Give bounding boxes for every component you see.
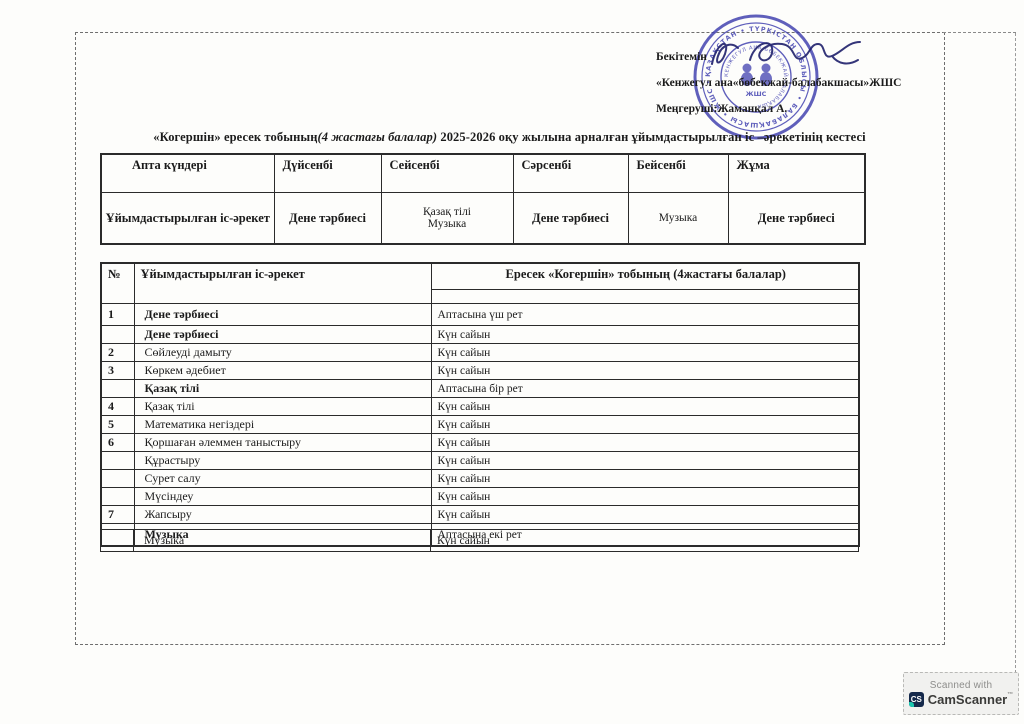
table-row: Музыка Күн сайын xyxy=(101,530,859,552)
row-num: 3 xyxy=(101,362,134,380)
row-num xyxy=(101,452,134,470)
activity-monday: Дене тәрбиесі xyxy=(274,193,381,245)
col-header-wednesday: Сәрсенбі xyxy=(513,154,628,193)
table-row: Дене тәрбиесі Күн сайын xyxy=(101,326,859,344)
row-frequency: Аптасына үш рет xyxy=(431,304,859,326)
camscanner-brand-label: CamScanner™ xyxy=(928,692,1013,707)
row-frequency: Күн сайын xyxy=(431,488,859,506)
activity-row-label: Ұйымдастырылған іс-әрекет xyxy=(101,193,274,245)
row-activity: Математика негіздері xyxy=(134,416,431,434)
activity-table-last-row: Музыка Күн сайын xyxy=(100,529,859,552)
scan-edge-line-top xyxy=(943,32,1016,33)
manager-name: Меңгеруші:Жаманқал А. xyxy=(656,96,956,122)
table-row: Құрастыру Күн сайын xyxy=(101,452,859,470)
row-frequency: Күн сайын xyxy=(431,506,859,524)
trademark-symbol: ™ xyxy=(1007,692,1013,698)
row-activity: Жапсыру xyxy=(134,506,431,524)
row-frequency: Күн сайын xyxy=(431,452,859,470)
row-frequency: Күн сайын xyxy=(431,416,859,434)
weekly-schedule-table: Апта күндері Дүйсенбі Сейсенбі Сәрсенбі … xyxy=(100,153,866,245)
table-row: Ұйымдастырылған іс-әрекет Дене тәрбиесі … xyxy=(101,193,865,245)
row-frequency: Күн сайын xyxy=(431,470,859,488)
activity-tuesday: Қазақ тілі Музыка xyxy=(381,193,513,245)
camscanner-brand-row: CS CamScanner™ xyxy=(909,692,1013,707)
row-num xyxy=(101,530,134,552)
row-frequency: Аптасына бір рет xyxy=(431,380,859,398)
table-row: Сурет салу Күн сайын xyxy=(101,470,859,488)
table-row: 4 Қазақ тілі Күн сайын xyxy=(101,398,859,416)
row-num: 6 xyxy=(101,434,134,452)
col-header-thursday: Бейсенбі xyxy=(628,154,728,193)
table-row: 3 Көркем әдебиет Күн сайын xyxy=(101,362,859,380)
table-row: 1 Дене тәрбиесі Аптасына үш рет xyxy=(101,304,859,326)
header-num: № xyxy=(101,263,134,304)
row-frequency: Күн сайын xyxy=(431,344,859,362)
activity-friday: Дене тәрбиесі xyxy=(728,193,865,245)
header-group-empty-cell xyxy=(431,290,859,304)
table-row: 7 Жапсыру Күн сайын xyxy=(101,506,859,524)
row-frequency: Күн сайын xyxy=(431,434,859,452)
activity-tuesday-line1: Қазақ тілі xyxy=(384,206,511,218)
row-num: 7 xyxy=(101,506,134,524)
row-num: 5 xyxy=(101,416,134,434)
organization-name: «Кенжегул ана«бөбекжай-балабакшасы»ЖШС xyxy=(656,70,956,96)
row-num: 1 xyxy=(101,304,134,326)
col-header-friday: Жұма xyxy=(728,154,865,193)
row-activity: Музыка xyxy=(134,530,431,552)
camscanner-logo-icon: CS xyxy=(909,692,924,707)
activity-tuesday-line2: Музыка xyxy=(384,218,511,230)
table-row: № Ұйымдастырылған іс-әрекет Ересек «Коге… xyxy=(101,263,859,290)
scanned-with-label: Scanned with xyxy=(930,680,992,691)
row-activity: Сөйлеуді дамыту xyxy=(134,344,431,362)
table-row: Қазақ тілі Аптасына бір рет xyxy=(101,380,859,398)
row-num: 4 xyxy=(101,398,134,416)
header-activity: Ұйымдастырылған іс-әрекет xyxy=(134,263,431,304)
col-header-monday: Дүйсенбі xyxy=(274,154,381,193)
title-part3: 2025-2026 оқу жылына арналған ұйымдастыр… xyxy=(437,130,866,144)
table-row: 2 Сөйлеуді дамыту Күн сайын xyxy=(101,344,859,362)
row-num: 2 xyxy=(101,344,134,362)
camscanner-brand-text: CamScanner xyxy=(928,692,1007,707)
row-activity: Қоршаған әлеммен таныстыру xyxy=(134,434,431,452)
title-part1: «Когершін» ересек тобының xyxy=(153,130,317,144)
row-num xyxy=(101,470,134,488)
row-activity: Қазақ тілі xyxy=(134,380,431,398)
row-num xyxy=(101,488,134,506)
table-row: Мүсіндеу Күн сайын xyxy=(101,488,859,506)
row-frequency: Күн сайын xyxy=(431,530,859,552)
row-activity: Дене тәрбиесі xyxy=(134,304,431,326)
row-frequency: Күн сайын xyxy=(431,326,859,344)
row-activity: Көркем әдебиет xyxy=(134,362,431,380)
col-header-days: Апта күндері xyxy=(101,154,274,193)
title-part2-italic: (4 жастағы балалар) xyxy=(318,130,438,144)
row-frequency: Күн сайын xyxy=(431,362,859,380)
table-row: 6 Қоршаған әлеммен таныстыру Күн сайын xyxy=(101,434,859,452)
activity-frequency-table: № Ұйымдастырылған іс-әрекет Ересек «Коге… xyxy=(100,262,860,547)
activity-thursday: Музыка xyxy=(628,193,728,245)
row-activity: Құрастыру xyxy=(134,452,431,470)
row-activity: Қазақ тілі xyxy=(134,398,431,416)
camscanner-watermark: Scanned with CS CamScanner™ xyxy=(903,672,1019,715)
row-activity: Дене тәрбиесі xyxy=(134,326,431,344)
row-num xyxy=(101,380,134,398)
table-row: 5 Математика негіздері Күн сайын xyxy=(101,416,859,434)
approval-block: Бекітемін «Кенжегул ана«бөбекжай-балабак… xyxy=(656,44,956,122)
table-row: Апта күндері Дүйсенбі Сейсенбі Сәрсенбі … xyxy=(101,154,865,193)
approve-label: Бекітемін xyxy=(656,44,956,70)
header-group: Ересек «Когершін» тобының (4жастағы бала… xyxy=(431,263,859,290)
row-frequency: Күн сайын xyxy=(431,398,859,416)
row-activity: Мүсіндеу xyxy=(134,488,431,506)
row-num xyxy=(101,326,134,344)
row-activity: Сурет салу xyxy=(134,470,431,488)
col-header-tuesday: Сейсенбі xyxy=(381,154,513,193)
scan-edge-line-right xyxy=(1015,33,1016,673)
document-title: «Когершін» ересек тобының(4 жастағы бала… xyxy=(75,130,944,145)
activity-wednesday: Дене тәрбиесі xyxy=(513,193,628,245)
